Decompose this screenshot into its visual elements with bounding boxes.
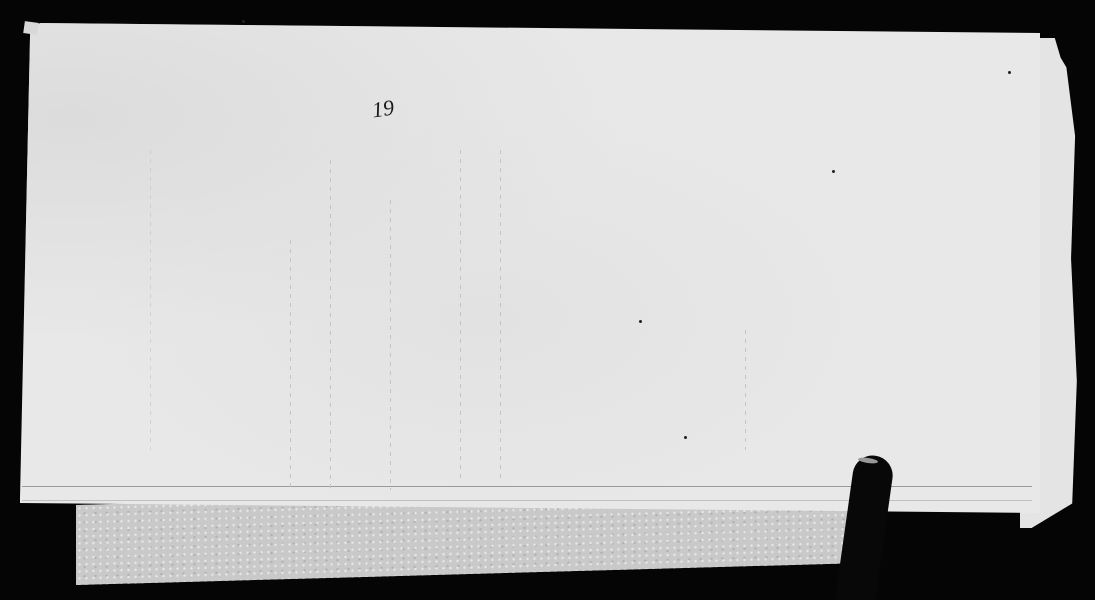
ink-spot — [832, 170, 835, 173]
scanned-document: 19 — [0, 0, 1095, 600]
ink-spot — [639, 320, 642, 323]
ink-bleed-column — [290, 240, 291, 490]
ink-bleed-column — [500, 150, 501, 480]
ink-bleed-column — [390, 200, 391, 490]
ink-bleed-column — [150, 150, 151, 450]
torn-corner — [23, 21, 39, 35]
ink-bleed-column — [330, 160, 331, 490]
ink-spot — [684, 436, 687, 439]
ink-spot — [1008, 71, 1011, 74]
ink-bleed-column — [460, 150, 461, 480]
ink-bleed-column — [745, 330, 746, 450]
ink-spot — [242, 20, 245, 23]
document-page — [20, 18, 1040, 518]
page-number: 19 — [370, 95, 395, 124]
